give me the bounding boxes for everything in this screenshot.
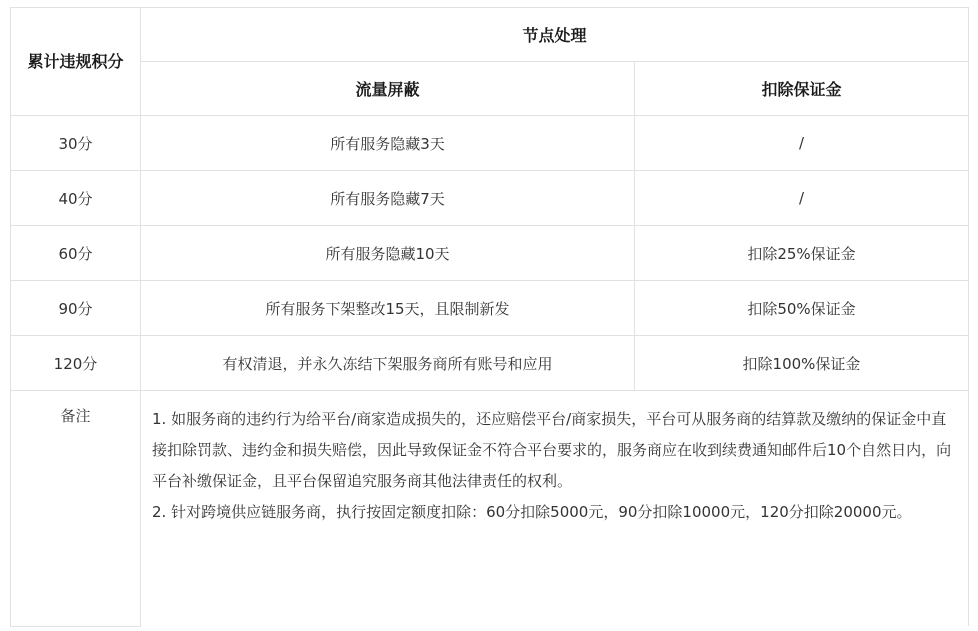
traffic-cell: 所有服务隐藏7天 (141, 171, 635, 226)
remarks-row: 备注 1. 如服务商的违约行为给平台/商家造成损失的，还应赔偿平台/商家损失，平… (11, 391, 969, 627)
traffic-cell: 所有服务隐藏10天 (141, 226, 635, 281)
deposit-cell: / (635, 116, 969, 171)
header-deposit-deduction: 扣除保证金 (635, 62, 969, 116)
score-cell: 60分 (11, 226, 141, 281)
deposit-cell: / (635, 171, 969, 226)
deposit-cell: 扣除100%保证金 (635, 336, 969, 391)
header-score: 累计违规积分 (11, 8, 141, 116)
traffic-cell: 有权清退，并永久冻结下架服务商所有账号和应用 (141, 336, 635, 391)
table-row: 40分 所有服务隐藏7天 / (11, 171, 969, 226)
remarks-label: 备注 (11, 391, 141, 627)
traffic-cell: 所有服务隐藏3天 (141, 116, 635, 171)
penalty-table: 累计违规积分 节点处理 流量屏蔽 扣除保证金 30分 所有服务隐藏3天 / 40… (10, 7, 969, 627)
score-cell: 30分 (11, 116, 141, 171)
score-cell: 90分 (11, 281, 141, 336)
remarks-content: 1. 如服务商的违约行为给平台/商家造成损失的，还应赔偿平台/商家损失，平台可从… (141, 391, 969, 627)
table-row: 120分 有权清退，并永久冻结下架服务商所有账号和应用 扣除100%保证金 (11, 336, 969, 391)
score-cell: 120分 (11, 336, 141, 391)
deposit-cell: 扣除25%保证金 (635, 226, 969, 281)
header-node-handling: 节点处理 (141, 8, 969, 62)
score-cell: 40分 (11, 171, 141, 226)
table-row: 60分 所有服务隐藏10天 扣除25%保证金 (11, 226, 969, 281)
traffic-cell: 所有服务下架整改15天，且限制新发 (141, 281, 635, 336)
remark-item: 2. 针对跨境供应链服务商，执行按固定额度扣除：60分扣除5000元，90分扣除… (152, 497, 956, 528)
header-traffic-block: 流量屏蔽 (141, 62, 635, 116)
table-row: 30分 所有服务隐藏3天 / (11, 116, 969, 171)
deposit-cell: 扣除50%保证金 (635, 281, 969, 336)
remark-item: 1. 如服务商的违约行为给平台/商家造成损失的，还应赔偿平台/商家损失，平台可从… (152, 404, 956, 497)
table-row: 90分 所有服务下架整改15天，且限制新发 扣除50%保证金 (11, 281, 969, 336)
